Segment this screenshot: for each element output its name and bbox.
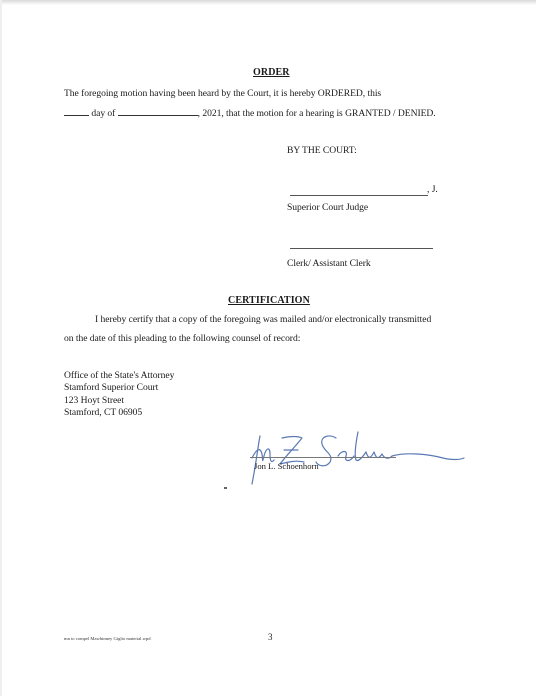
certification-line-1: I hereby certify that a copy of the fore… bbox=[95, 314, 431, 325]
clerk-title: Clerk/ Assistant Clerk bbox=[287, 258, 371, 269]
certification-line-2: on the date of this pleading to the foll… bbox=[64, 333, 300, 344]
order-text-line-1: The foregoing motion having been heard b… bbox=[64, 88, 381, 99]
stray-mark bbox=[224, 487, 227, 489]
page-number: 3 bbox=[268, 632, 273, 642]
signer-name: Jon L. Schoenhorn bbox=[254, 461, 319, 471]
judge-title: Superior Court Judge bbox=[287, 202, 368, 213]
day-of-label: day of bbox=[91, 108, 115, 119]
day-blank bbox=[64, 107, 89, 116]
judge-signature-line bbox=[290, 195, 428, 196]
order-text-line-2: day of , 2021, that the motion for a hea… bbox=[64, 107, 436, 119]
page-left-edge bbox=[0, 0, 2, 696]
recipient-line: Office of the State's Attorney bbox=[64, 370, 174, 382]
recipient-address: Office of the State's Attorney Stamford … bbox=[64, 370, 174, 420]
by-the-court-label: BY THE COURT: bbox=[287, 145, 357, 156]
certification-heading: CERTIFICATION bbox=[228, 295, 310, 306]
order-line-2-rest: , 2021, that the motion for a hearing is… bbox=[198, 108, 436, 119]
viewer-top-shadow bbox=[0, 0, 536, 5]
recipient-line: Stamford Superior Court bbox=[64, 382, 174, 394]
month-blank bbox=[118, 107, 198, 116]
clerk-signature-line bbox=[290, 248, 433, 249]
order-heading: ORDER bbox=[253, 67, 290, 78]
recipient-line: 123 Hoyt Street bbox=[64, 395, 174, 407]
footer-filename: mn to compel Mawhinney Giglio material.w… bbox=[64, 636, 151, 641]
handwritten-signature-icon bbox=[238, 424, 468, 494]
judge-suffix: , J. bbox=[427, 184, 438, 195]
counsel-signature-line bbox=[250, 457, 396, 458]
recipient-line: Stamford, CT 06905 bbox=[64, 407, 174, 419]
